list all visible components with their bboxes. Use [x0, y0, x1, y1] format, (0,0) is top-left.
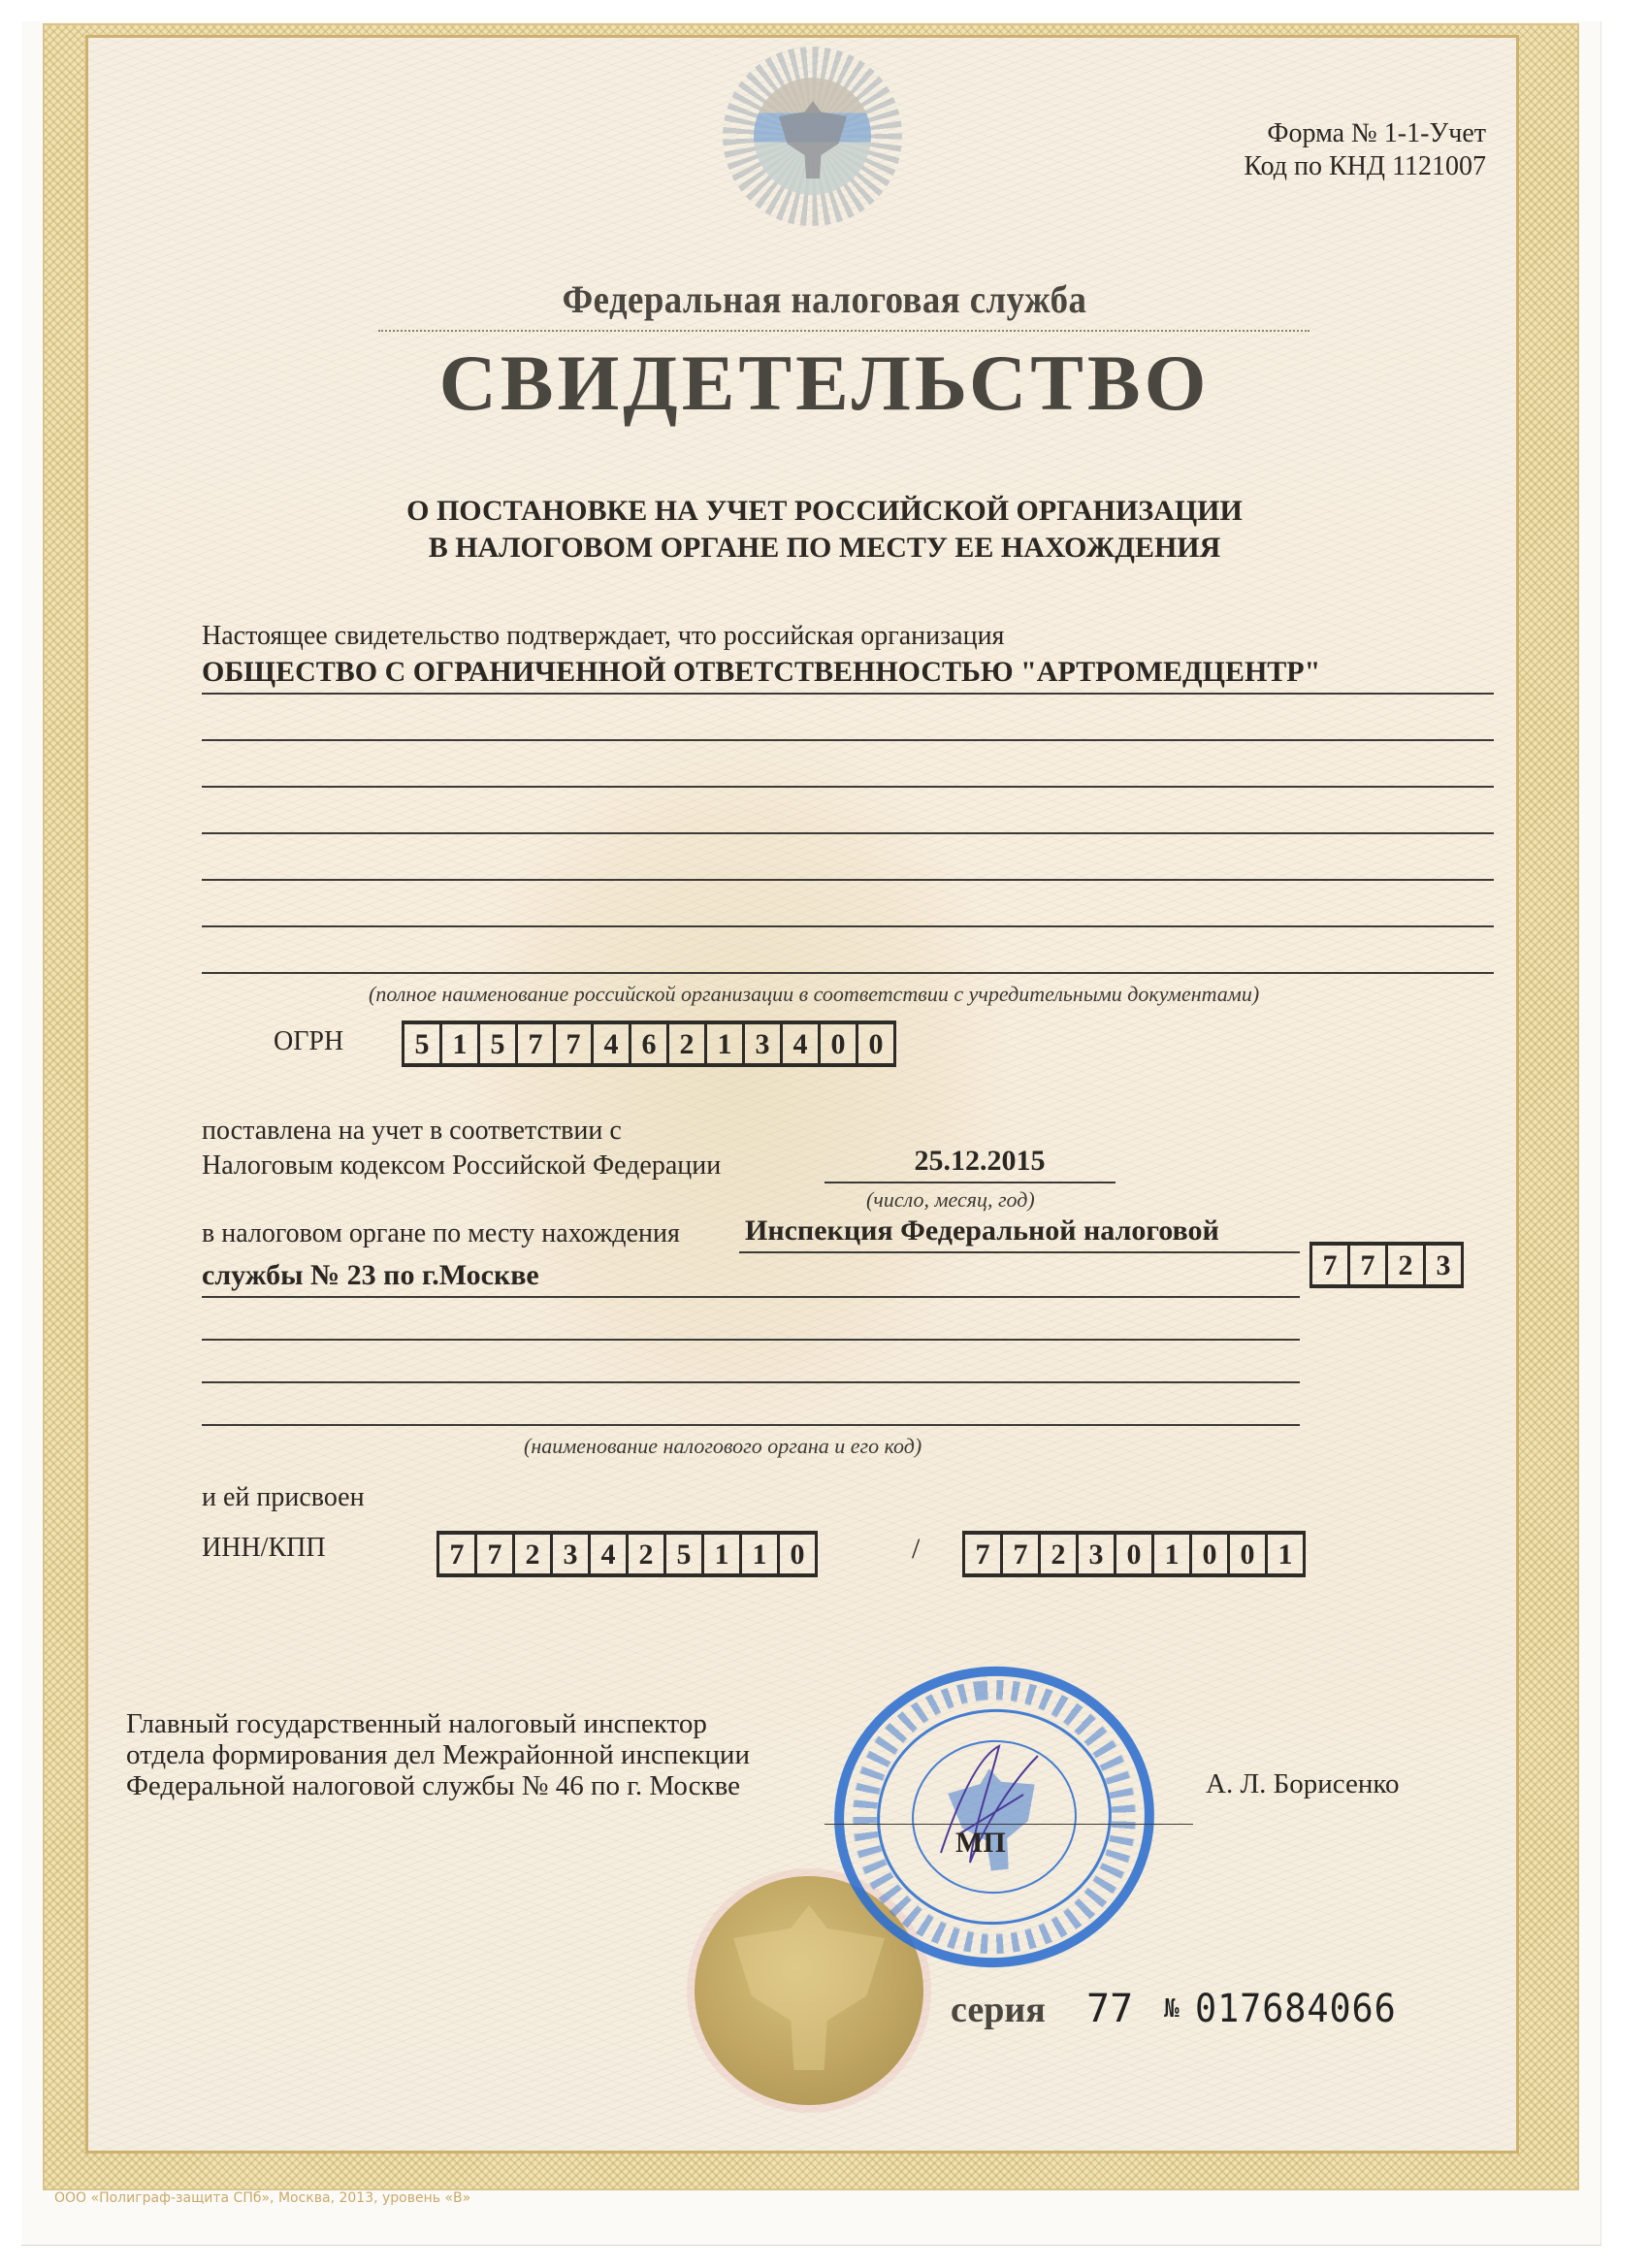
authority-line-2: [202, 1296, 1300, 1298]
digit-box: 0: [821, 1024, 858, 1063]
document-title: СВИДЕТЕЛЬСТВО: [0, 338, 1649, 429]
digit-box: 2: [1041, 1535, 1079, 1573]
certificate-number: 017684066: [1195, 1987, 1397, 2031]
registration-text-3: в налоговом органе по месту нахождения: [202, 1218, 680, 1249]
inn-kpp-separator: /: [912, 1533, 920, 1566]
name-line-2: [202, 739, 1494, 741]
digit-box: 2: [1388, 1246, 1426, 1284]
digit-box: 1: [442, 1024, 480, 1063]
watermark-eagle-icon: [466, 718, 1009, 1436]
digit-box: 4: [591, 1535, 629, 1573]
intro-text: Настоящее свидетельство подтверждает, чт…: [202, 621, 1004, 652]
digit-box: 2: [669, 1024, 707, 1063]
document-subtitle-line1: О ПОСТАНОВКЕ НА УЧЕТ РОССИЙСКОЙ ОРГАНИЗА…: [0, 495, 1649, 528]
inn-kpp-label: ИНН/КПП: [202, 1533, 326, 1564]
tax-authority-name-2: службы № 23 по г.Москве: [202, 1259, 539, 1292]
header-divider: [378, 330, 1309, 332]
digit-box: 7: [477, 1535, 515, 1573]
ogrn-label: ОГРН: [274, 1026, 343, 1057]
digit-box: 2: [629, 1535, 666, 1573]
tax-authority-code-boxes: 7723: [1309, 1242, 1464, 1288]
digit-box: 3: [1426, 1246, 1464, 1284]
digit-box: 1: [704, 1535, 742, 1573]
signatory-name: А. Л. Борисенко: [1206, 1768, 1400, 1800]
name-line-5: [202, 879, 1494, 881]
digit-box: 3: [1079, 1535, 1116, 1573]
name-line-4: [202, 832, 1494, 834]
digit-box: 5: [404, 1024, 442, 1063]
series-number: 77: [1086, 1987, 1133, 2031]
digit-box: 1: [707, 1024, 745, 1063]
printer-imprint: ООО «Полиграф-защита СПб», Москва, 2013,…: [54, 2190, 470, 2206]
embossed-eagle-icon: [733, 1905, 885, 2070]
digit-box: 3: [553, 1535, 591, 1573]
digit-box: 0: [780, 1535, 818, 1573]
digit-box: 0: [1116, 1535, 1154, 1573]
date-line: [824, 1182, 1115, 1183]
digit-box: 7: [439, 1535, 477, 1573]
authority-line-4: [202, 1381, 1300, 1383]
digit-box: 1: [1268, 1535, 1306, 1573]
document-subtitle-line2: В НАЛОГОВОМ ОРГАНЕ ПО МЕСТУ ЕЕ НАХОЖДЕНИ…: [0, 532, 1649, 565]
digit-box: 5: [480, 1024, 518, 1063]
kpp-digit-boxes: 772301001: [962, 1531, 1306, 1577]
name-line-1: [202, 693, 1494, 695]
knd-code: Код по КНД 1121007: [1244, 151, 1486, 182]
digit-box: 2: [515, 1535, 553, 1573]
authority-line-3: [202, 1339, 1300, 1341]
name-line-3: [202, 786, 1494, 788]
date-caption: (число, месяц, год): [866, 1187, 1035, 1213]
digit-box: 0: [1192, 1535, 1230, 1573]
form-number: Форма № 1-1-Учет: [1267, 118, 1486, 149]
digit-box: 7: [556, 1024, 594, 1063]
digit-box: 7: [1003, 1535, 1041, 1573]
signatory-position-2: отдела формирования дел Межрайонной инсп…: [126, 1738, 750, 1771]
signatory-position-3: Федеральной налоговой службы № 46 по г. …: [126, 1769, 740, 1802]
authority-line-5: [202, 1424, 1300, 1426]
digit-box: 7: [1350, 1246, 1388, 1284]
digit-box: 0: [1230, 1535, 1268, 1573]
number-sign: №: [1164, 1994, 1180, 2024]
inn-digit-boxes: 7723425110: [436, 1531, 818, 1577]
digit-box: 6: [631, 1024, 669, 1063]
organization-name: ОБЩЕСТВО С ОГРАНИЧЕННОЙ ОТВЕТСТВЕННОСТЬЮ…: [202, 656, 1320, 689]
organization-name-caption: (полное наименование российской организа…: [369, 982, 1259, 1007]
registration-date: 25.12.2015: [834, 1145, 1125, 1178]
digit-box: 1: [1154, 1535, 1192, 1573]
registration-text-1: поставлена на учет в соответствии с: [202, 1116, 622, 1147]
digit-box: 0: [858, 1024, 896, 1063]
hologram-emblem-icon: [723, 47, 902, 226]
digit-box: 7: [518, 1024, 556, 1063]
signatory-position-1: Главный государственный налоговый инспек…: [126, 1707, 707, 1740]
ogrn-digit-boxes: 5157746213400: [402, 1021, 896, 1067]
authority-line-1: [739, 1251, 1300, 1253]
tax-authority-caption: (наименование налогового органа и его ко…: [524, 1434, 921, 1459]
digit-box: 7: [1312, 1246, 1350, 1284]
tax-authority-name-1: Инспекция Федеральной налоговой: [745, 1215, 1219, 1247]
digit-box: 5: [666, 1535, 704, 1573]
name-line-7: [202, 972, 1494, 974]
agency-name: Федеральная налоговая служба: [66, 276, 1583, 322]
digit-box: 4: [594, 1024, 631, 1063]
assigned-label: и ей присвоен: [202, 1482, 365, 1513]
name-line-6: [202, 925, 1494, 927]
registration-text-2: Налоговым кодексом Российской Федерации: [202, 1150, 721, 1182]
digit-box: 1: [742, 1535, 780, 1573]
digit-box: 7: [965, 1535, 1003, 1573]
digit-box: 4: [783, 1024, 821, 1063]
series-label: серия: [951, 1989, 1046, 2031]
seal-place-label: МП: [955, 1827, 1006, 1860]
digit-box: 3: [745, 1024, 783, 1063]
